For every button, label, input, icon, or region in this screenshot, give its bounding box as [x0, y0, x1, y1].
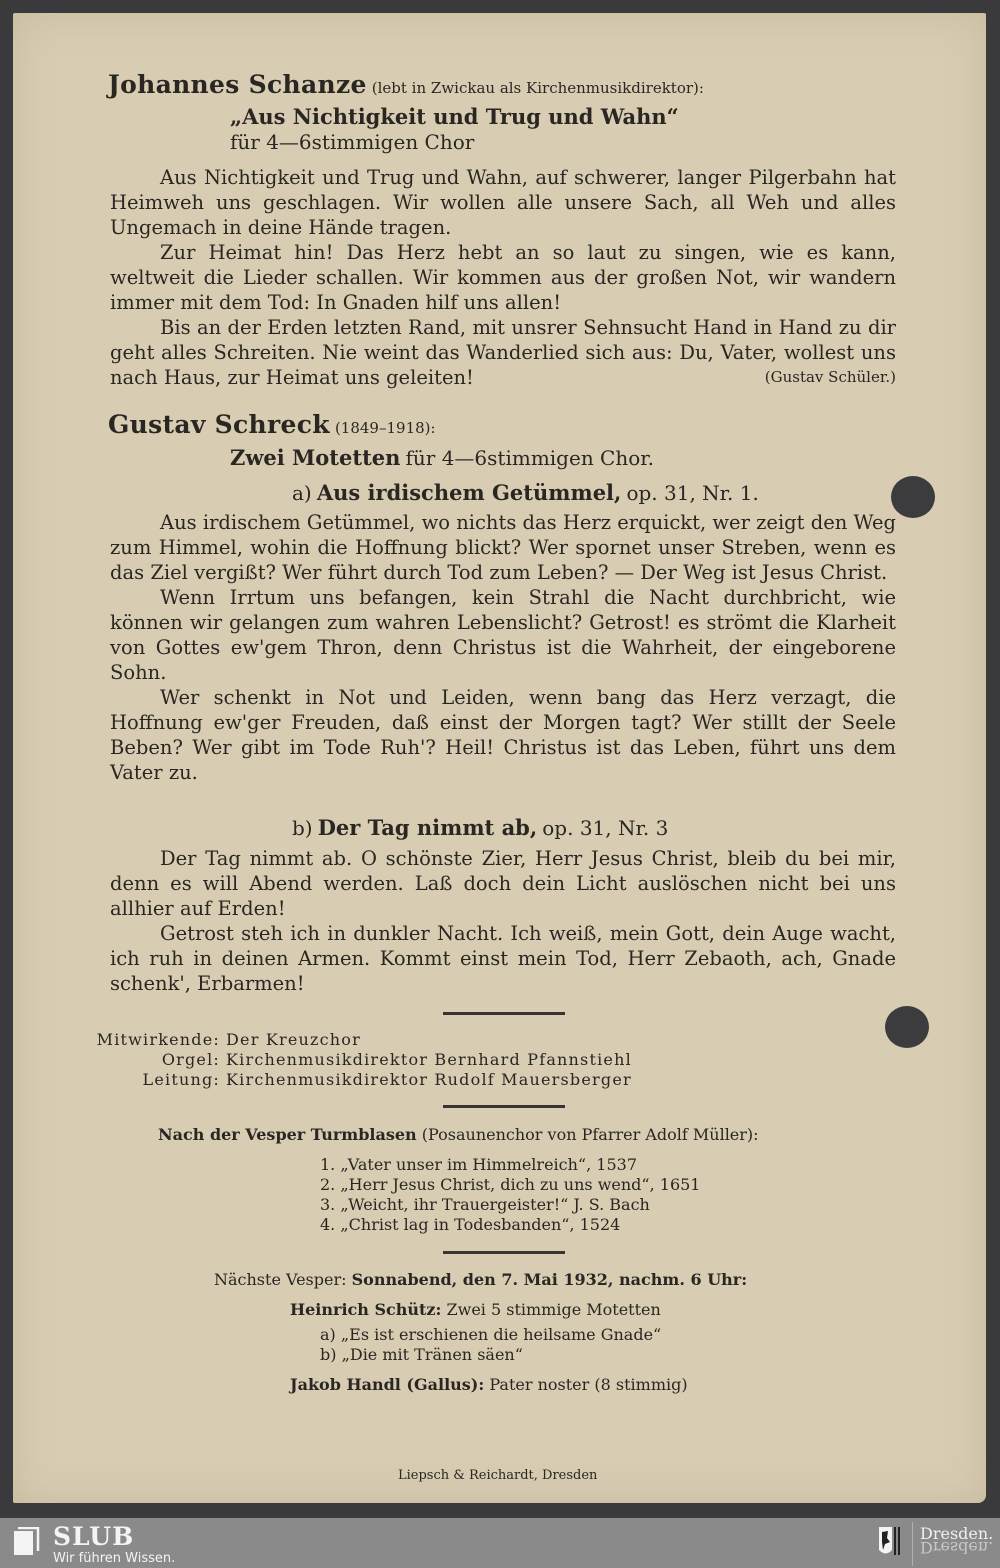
paragraph: Aus Nichtigkeit und Trug und Wahn, auf s…: [110, 165, 896, 240]
composer-note: (lebt in Zwickau als Kirchenmusikdirekto…: [372, 79, 704, 97]
motet-b-heading: b) Der Tag nimmt ab, op. 31, Nr. 3: [292, 815, 668, 840]
text-block: Aus irdischem Getümmel, wo nichts das He…: [110, 510, 896, 785]
next-vesper-composer2: Jakob Handl (Gallus): Pater noster (8 st…: [290, 1375, 688, 1394]
paragraph: Bis an der Erden letzten Rand, mit unsre…: [110, 315, 896, 390]
tower-heading: Nach der Vesper Turmblasen (Posaunenchor…: [158, 1125, 759, 1144]
work-title: „Aus Nichtigkeit und Trug und Wahn“: [230, 104, 679, 129]
slub-name: SLUB: [53, 1522, 134, 1551]
credit-row: Orgel:Kirchenmusikdirektor Bernhard Pfan…: [70, 1050, 632, 1070]
list-item: 4. „Christ lag in Todesbanden“, 1524: [320, 1215, 700, 1235]
dresden-name-mirror: Dresden.: [920, 1538, 993, 1557]
paragraph: Zur Heimat hin! Das Herz hebt an so laut…: [110, 240, 896, 315]
divider: [443, 1105, 565, 1108]
list-item: 1. „Vater unser im Himmelreich“, 1537: [320, 1155, 700, 1175]
motet-a-heading: a) Aus irdischem Getümmel, op. 31, Nr. 1…: [292, 480, 759, 505]
list-item: b) „Die mit Tränen säen“: [320, 1345, 661, 1365]
next-vesper-composer1: Heinrich Schütz: Zwei 5 stimmige Motette…: [290, 1300, 661, 1319]
divider: [443, 1012, 565, 1015]
next-vesper-list: a) „Es ist erschienen die heilsame Gnade…: [320, 1325, 661, 1365]
text-block: Der Tag nimmt ab. O schönste Zier, Herr …: [110, 846, 896, 996]
composer-name: Gustav Schreck: [108, 410, 330, 439]
paragraph: Der Tag nimmt ab. O schönste Zier, Herr …: [110, 846, 896, 921]
punch-hole: [885, 1006, 929, 1048]
credits: Mitwirkende:Der Kreuzchor Orgel:Kirchenm…: [70, 1030, 632, 1090]
composer-name: Johannes Schanze: [108, 70, 367, 99]
list-item: a) „Es ist erschienen die heilsame Gnade…: [320, 1325, 661, 1345]
punch-hole: [891, 476, 935, 518]
section1-heading: Johannes Schanze (lebt in Zwickau als Ki…: [108, 70, 704, 99]
paragraph: Getrost steh ich in dunkler Nacht. Ich w…: [110, 921, 896, 996]
signature: (Gustav Schüler.): [715, 365, 896, 390]
credit-row: Leitung:Kirchenmusikdirektor Rudolf Maue…: [70, 1070, 632, 1090]
paragraph: Wenn Irrtum uns befangen, kein Strahl di…: [110, 585, 896, 685]
next-vesper-heading: Nächste Vesper: Sonnabend, den 7. Mai 19…: [214, 1270, 747, 1289]
printer-imprint: Liepsch & Reichardt, Dresden: [398, 1468, 597, 1483]
slub-tagline: Wir führen Wissen.: [53, 1551, 175, 1566]
footer-bar: SLUB Wir führen Wissen. Dresden. Dresden…: [0, 1518, 1000, 1568]
tower-list: 1. „Vater unser im Himmelreich“, 1537 2.…: [320, 1155, 700, 1235]
logo-separator: [912, 1522, 913, 1566]
composer-note: (1849–1918):: [335, 419, 436, 437]
credit-row: Mitwirkende:Der Kreuzchor: [70, 1030, 632, 1050]
paragraph: Wer schenkt in Not und Leiden, wenn bang…: [110, 685, 896, 785]
list-item: 2. „Herr Jesus Christ, dich zu uns wend“…: [320, 1175, 700, 1195]
section2-heading: Gustav Schreck (1849–1918):: [108, 410, 436, 439]
work-scoring: für 4—6stimmigen Chor: [230, 130, 474, 154]
paragraph: Aus irdischem Getümmel, wo nichts das He…: [110, 510, 896, 585]
divider: [443, 1251, 565, 1254]
motets-heading: Zwei Motetten für 4—6stimmigen Chor.: [230, 445, 654, 470]
dresden-crest-icon: [878, 1526, 902, 1558]
text-block: Aus Nichtigkeit und Trug und Wahn, auf s…: [110, 165, 896, 390]
slub-logo-icon: [14, 1527, 40, 1555]
list-item: 3. „Weicht, ihr Trauergeister!“ J. S. Ba…: [320, 1195, 700, 1215]
